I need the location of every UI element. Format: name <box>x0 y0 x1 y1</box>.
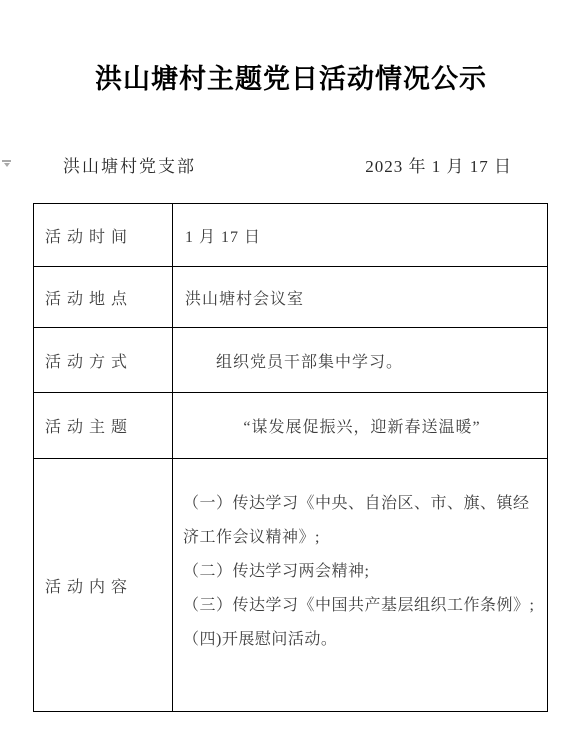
table-row-theme: 活动主题 “谋发展促振兴，迎新春送温暖” <box>34 393 548 459</box>
table-row-method: 活动方式 组织党员干部集中学习。 <box>34 328 548 393</box>
table-row-place: 活动地点 洪山塘村会议室 <box>34 267 548 328</box>
row-value-activity-theme: “谋发展促振兴，迎新春送温暖” <box>173 393 548 459</box>
document-date: 2023 年 1 月 17 日 <box>365 152 512 177</box>
content-item-3: （三）传达学习《中国共产基层组织工作条例》; <box>183 589 539 623</box>
table-row-content: 活动内容 （一）传达学习《中央、自治区、市、旗、镇经济工作会议精神》; （二）传… <box>34 459 548 712</box>
row-value-activity-place: 洪山塘村会议室 <box>173 267 548 328</box>
activity-table: 活动时间 1 月 17 日 活动地点 洪山塘村会议室 活动方式 组织党员干部集中… <box>33 203 548 712</box>
row-label-activity-place: 活动地点 <box>34 267 173 328</box>
content-item-2: （二）传达学习两会精神; <box>183 555 539 589</box>
row-value-activity-method: 组织党员干部集中学习。 <box>173 328 548 393</box>
content-item-4: （四)开展慰问活动。 <box>183 623 539 657</box>
table-row-time: 活动时间 1 月 17 日 <box>34 204 548 267</box>
row-value-activity-content: （一）传达学习《中央、自治区、市、旗、镇经济工作会议精神》; （二）传达学习两会… <box>173 459 548 712</box>
row-label-activity-time: 活动时间 <box>34 204 173 267</box>
organization-name: 洪山塘村党支部 <box>63 152 196 177</box>
row-value-activity-time: 1 月 17 日 <box>173 204 548 267</box>
row-label-activity-theme: 活动主题 <box>34 393 173 459</box>
document-title: 洪山塘村主题党日活动情况公示 <box>0 57 582 96</box>
row-label-activity-method: 活动方式 <box>34 328 173 393</box>
document-subheader: 洪山塘村党支部 2023 年 1 月 17 日 <box>0 152 582 177</box>
content-item-1: （一）传达学习《中央、自治区、市、旗、镇经济工作会议精神》; <box>183 487 539 555</box>
row-label-activity-content: 活动内容 <box>34 459 173 712</box>
